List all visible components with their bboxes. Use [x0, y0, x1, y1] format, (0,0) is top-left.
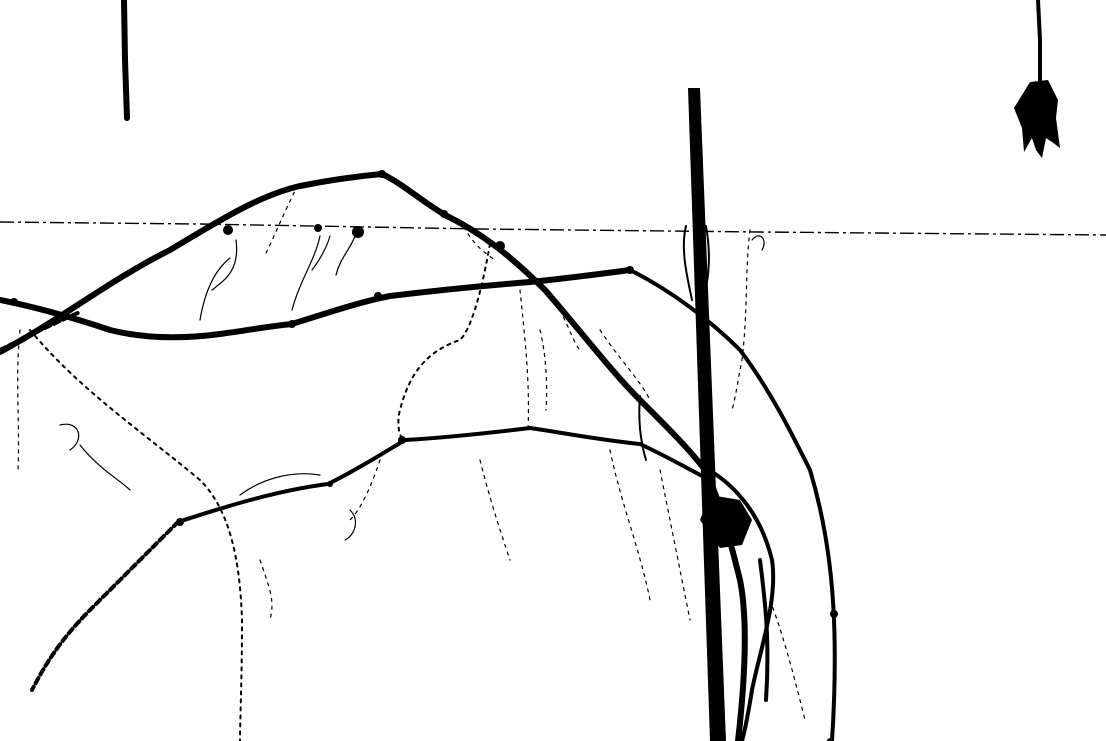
lower-cane	[178, 428, 710, 522]
left-cane-upper	[0, 312, 80, 350]
hanging-leaf	[1014, 0, 1060, 158]
upper-arch-cane	[0, 174, 705, 470]
vine-photograph	[0, 0, 1106, 741]
metal-stake	[688, 88, 726, 741]
middle-cane	[0, 270, 630, 337]
lower-cane-extension	[32, 522, 178, 690]
trellis-wire	[0, 222, 1106, 235]
hanging-twig	[124, 0, 127, 118]
stake-cluster-cane-3	[760, 560, 767, 700]
vine-artwork	[0, 0, 1106, 741]
